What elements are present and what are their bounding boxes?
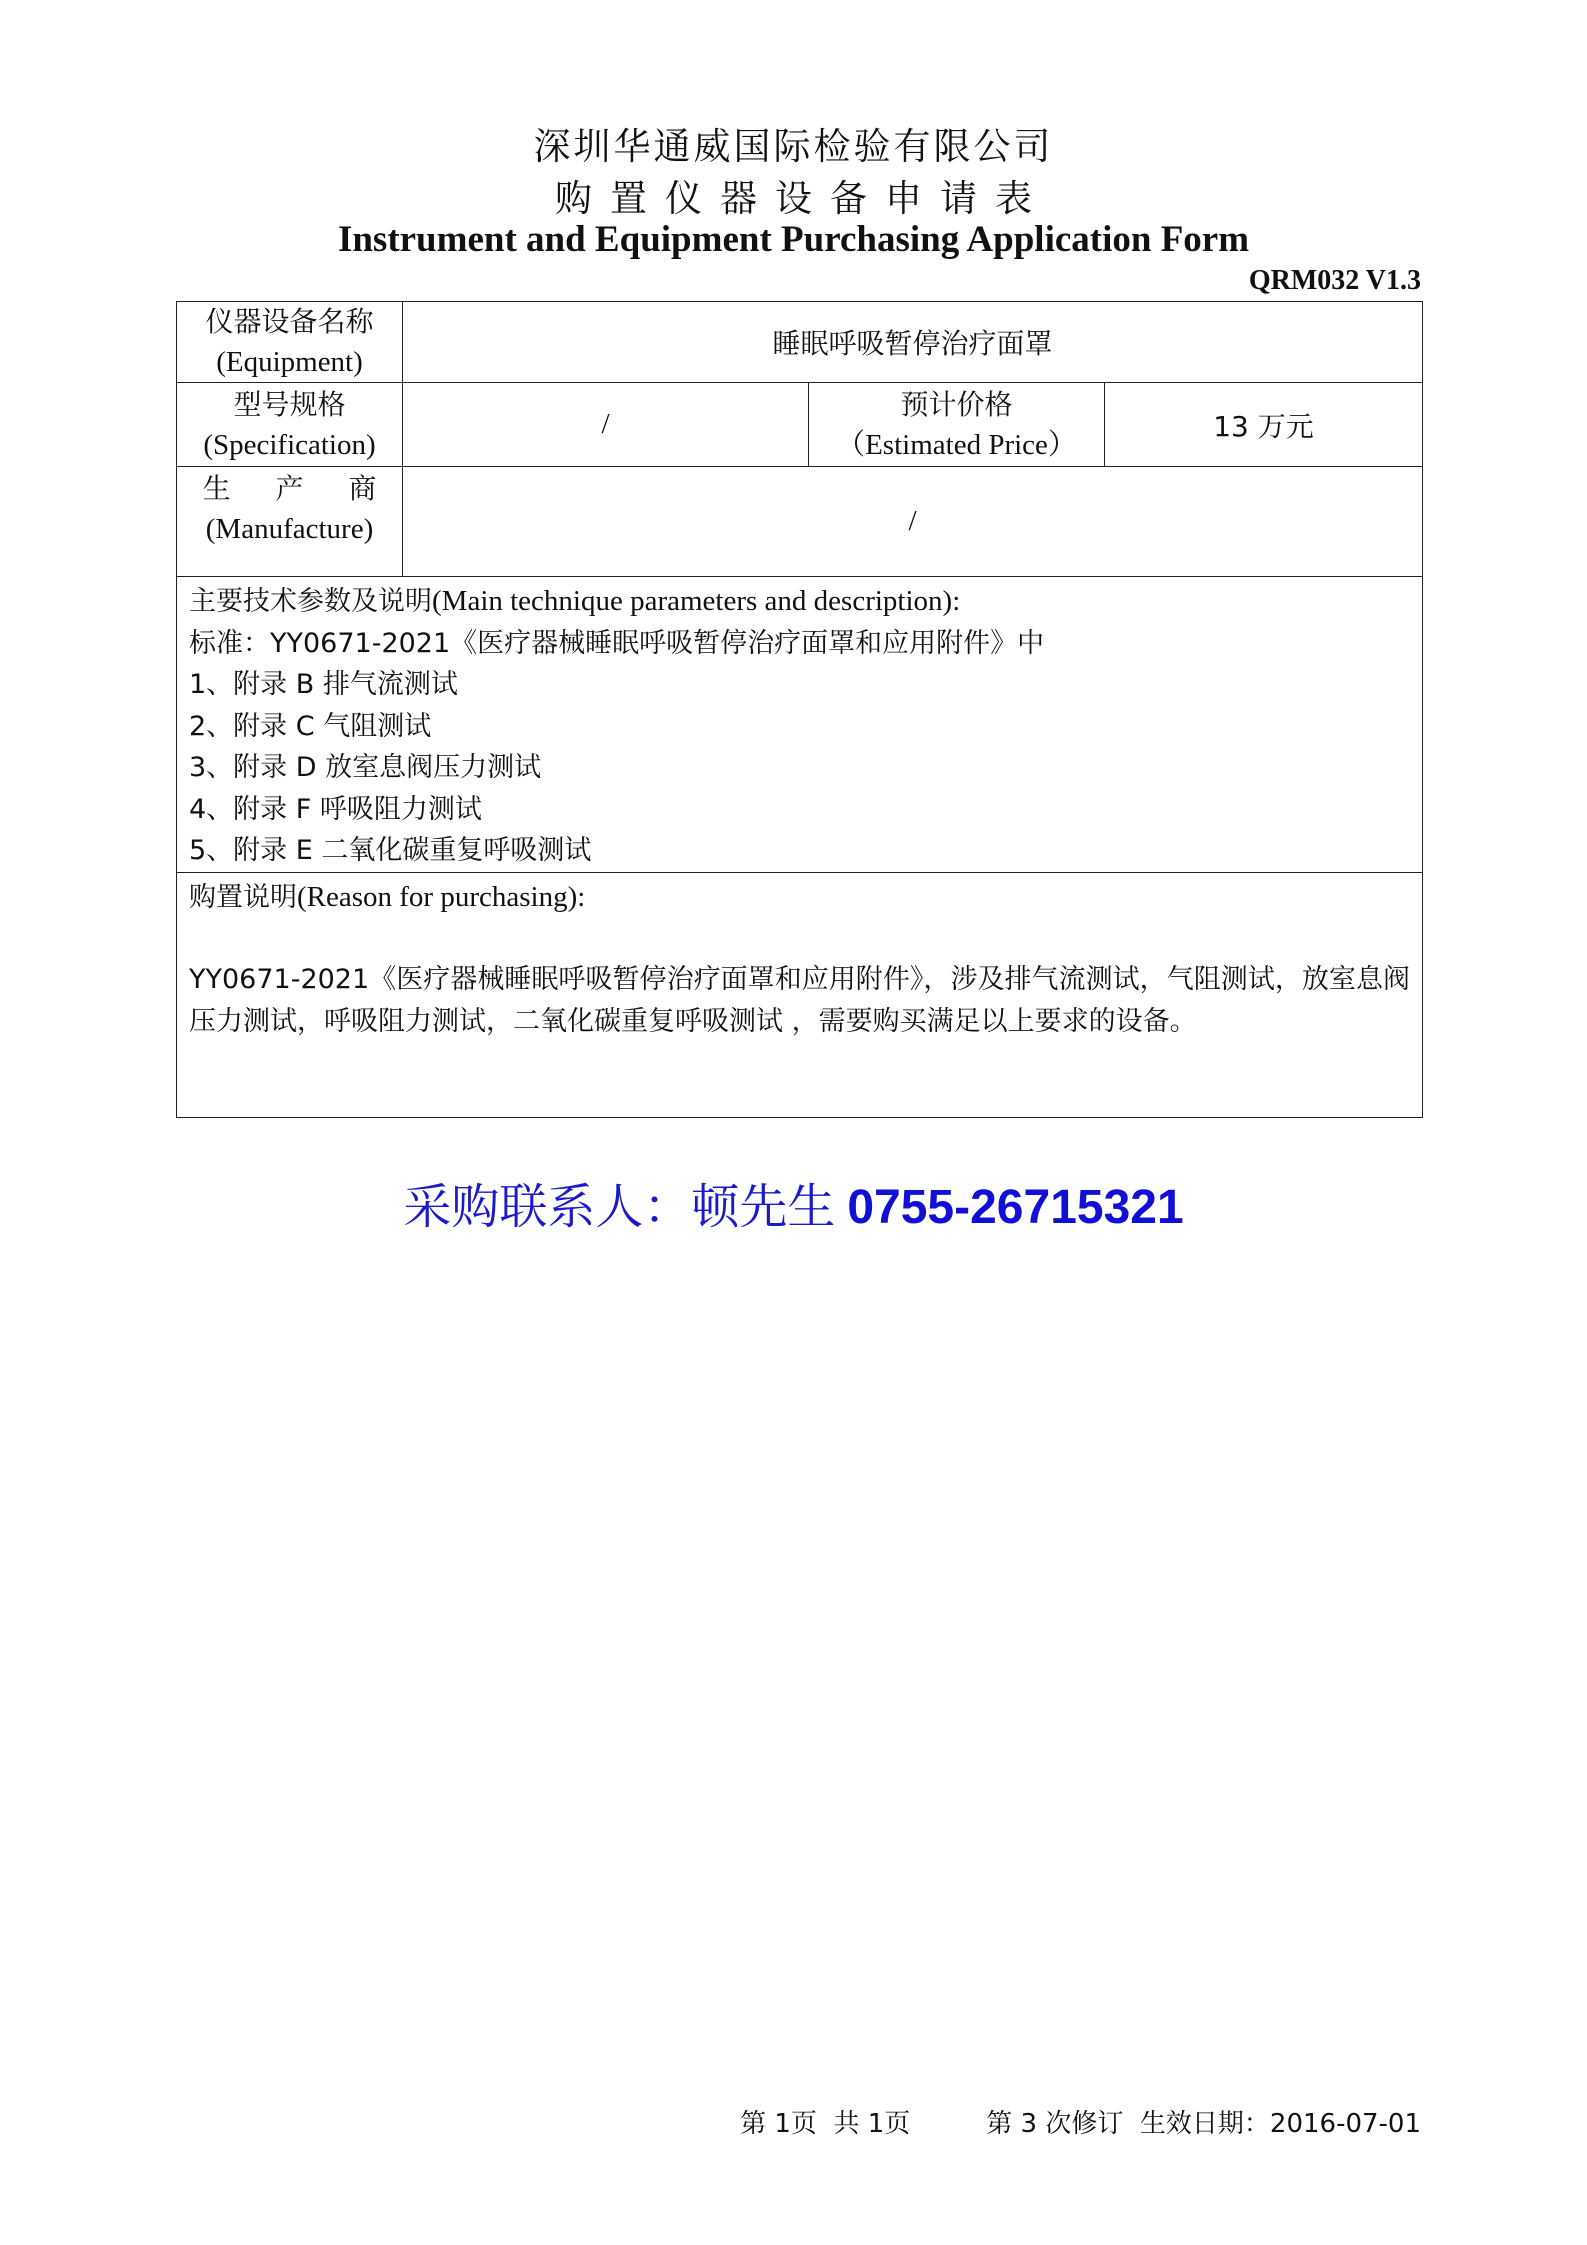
page-footer: 第 1页 共 1页第 3 次修订 生效日期：2016-07-01	[740, 2103, 1421, 2140]
technical-item: 1、附录 B 排气流测试	[189, 664, 1410, 706]
technical-item: 5、附录 E 二氧化碳重复呼吸测试	[189, 830, 1410, 872]
specification-label: 型号规格 (Specification)	[177, 383, 403, 467]
equipment-label-cn: 仪器设备名称	[177, 302, 402, 342]
estimated-price-label: 预计价格 （Estimated Price）	[809, 383, 1105, 467]
equipment-value[interactable]: 睡眠呼吸暂停治疗面罩	[403, 302, 1423, 383]
specification-label-cn: 型号规格	[177, 385, 402, 425]
reason-for-purchasing[interactable]: 购置说明(Reason for purchasing): YY0671-2021…	[177, 872, 1423, 1117]
estimated-price-label-cn: 预计价格	[809, 385, 1104, 425]
manufacture-row: 生 产 商 (Manufacture) /	[177, 467, 1423, 577]
form-title-en: Instrument and Equipment Purchasing Appl…	[0, 218, 1587, 261]
technical-item: 2、附录 C 气阻测试	[189, 706, 1410, 748]
technical-parameters[interactable]: 主要技术参数及说明(Main technique parameters and …	[177, 577, 1423, 873]
page-count: 第 1页 共 1页	[740, 2109, 910, 2139]
estimated-price-label-en: （Estimated Price）	[836, 429, 1077, 461]
manufacture-value[interactable]: /	[403, 467, 1423, 577]
reason-body: YY0671-2021《医疗器械睡眠呼吸暂停治疗面罩和应用附件》，涉及排气流测试…	[189, 959, 1410, 1043]
equipment-label: 仪器设备名称 (Equipment)	[177, 302, 403, 383]
specification-value[interactable]: /	[403, 383, 809, 467]
manufacture-label-en: (Manufacture)	[206, 513, 373, 545]
equipment-label-en: (Equipment)	[216, 346, 363, 378]
technical-item: 4、附录 F 呼吸阻力测试	[189, 789, 1410, 831]
equipment-row: 仪器设备名称 (Equipment) 睡眠呼吸暂停治疗面罩	[177, 302, 1423, 383]
purchasing-contact: 采购联系人：顿先生 0755-26715321	[0, 1168, 1587, 1237]
manufacture-label-cn: 生 产 商	[177, 469, 402, 509]
reason-row: 购置说明(Reason for purchasing): YY0671-2021…	[177, 872, 1423, 1117]
estimated-price-value[interactable]: 13 万元	[1105, 383, 1423, 467]
form-code: QRM032 V1.3	[1249, 265, 1421, 297]
technical-standard: 标准：YY0671-2021《医疗器械睡眠呼吸暂停治疗面罩和应用附件》中	[189, 623, 1410, 665]
technical-row: 主要技术参数及说明(Main technique parameters and …	[177, 577, 1423, 873]
manufacture-label: 生 产 商 (Manufacture)	[177, 467, 403, 577]
spec-price-row: 型号规格 (Specification) / 预计价格 （Estimated P…	[177, 383, 1423, 467]
technical-heading: 主要技术参数及说明(Main technique parameters and …	[189, 581, 1410, 623]
specification-label-en: (Specification)	[203, 429, 375, 461]
contact-phone[interactable]: 0755-26715321	[847, 1181, 1183, 1234]
form-title-cn: 购置仪器设备申请表	[0, 168, 1587, 222]
contact-label: 采购联系人：顿先生	[403, 1179, 835, 1235]
revision-info: 第 3 次修订 生效日期：2016-07-01	[986, 2109, 1421, 2139]
company-name: 深圳华通威国际检验有限公司	[0, 116, 1587, 170]
reason-heading: 购置说明(Reason for purchasing):	[189, 877, 1410, 919]
technical-item: 3、附录 D 放室息阀压力测试	[189, 747, 1410, 789]
application-form-table: 仪器设备名称 (Equipment) 睡眠呼吸暂停治疗面罩 型号规格 (Spec…	[176, 301, 1423, 1118]
